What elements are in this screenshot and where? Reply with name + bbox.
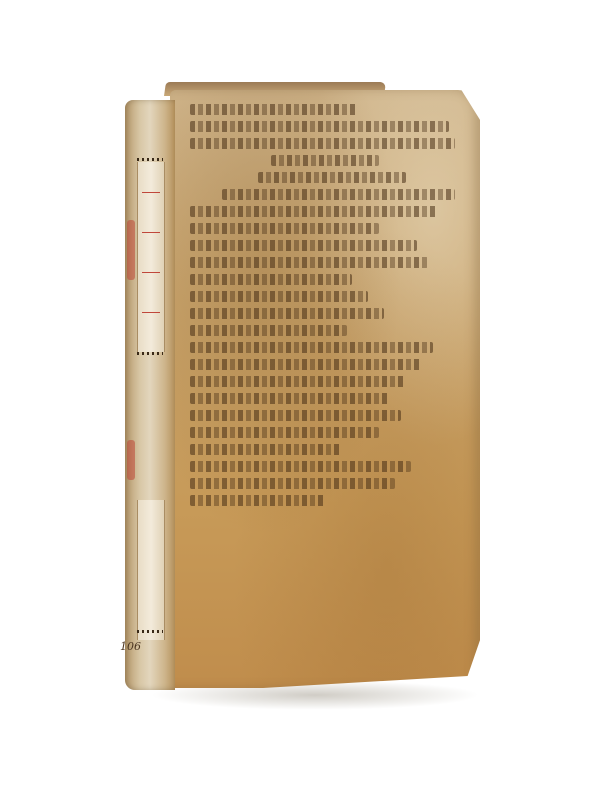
manuscript-line — [190, 393, 390, 404]
manuscript-line — [258, 172, 407, 183]
manuscript-line — [190, 444, 341, 455]
manuscript-line — [190, 308, 384, 319]
red-rule — [142, 192, 160, 193]
spine-stitching — [137, 158, 163, 161]
manuscript-line — [190, 240, 417, 251]
spine-label-upper — [137, 162, 165, 352]
red-rubric-mark — [127, 440, 135, 480]
manuscript-line — [190, 342, 433, 353]
manuscript-line — [190, 410, 401, 421]
manuscript-line — [190, 427, 379, 438]
manuscript-line — [190, 461, 411, 472]
manuscript-line — [190, 257, 428, 268]
manuscript-line — [271, 155, 379, 166]
manuscript-line — [222, 189, 454, 200]
manuscript-line — [190, 495, 325, 506]
red-rule — [142, 312, 160, 313]
manuscript-line — [190, 325, 347, 336]
spine-inscription: 106 — [120, 640, 150, 654]
book-cover — [170, 90, 480, 688]
manuscript-line — [190, 104, 357, 115]
manuscript-line — [190, 138, 455, 149]
manuscript-line — [190, 121, 449, 132]
red-rule — [142, 272, 160, 273]
spine-stitching — [137, 352, 163, 355]
manuscript-line — [190, 274, 352, 285]
spine-stitching — [137, 630, 163, 633]
manuscript-line — [190, 359, 422, 370]
red-rubric-mark — [127, 220, 135, 280]
manuscript-line — [190, 478, 395, 489]
manuscript-line — [190, 223, 379, 234]
manuscript-line — [190, 291, 368, 302]
manuscript-line — [190, 376, 406, 387]
red-rule — [142, 232, 160, 233]
spine-label-lower — [137, 500, 165, 640]
book-spine — [125, 100, 175, 690]
manuscript-line — [190, 206, 438, 217]
photo-scene: 106 — [0, 0, 600, 800]
manuscript-text — [190, 104, 460, 506]
